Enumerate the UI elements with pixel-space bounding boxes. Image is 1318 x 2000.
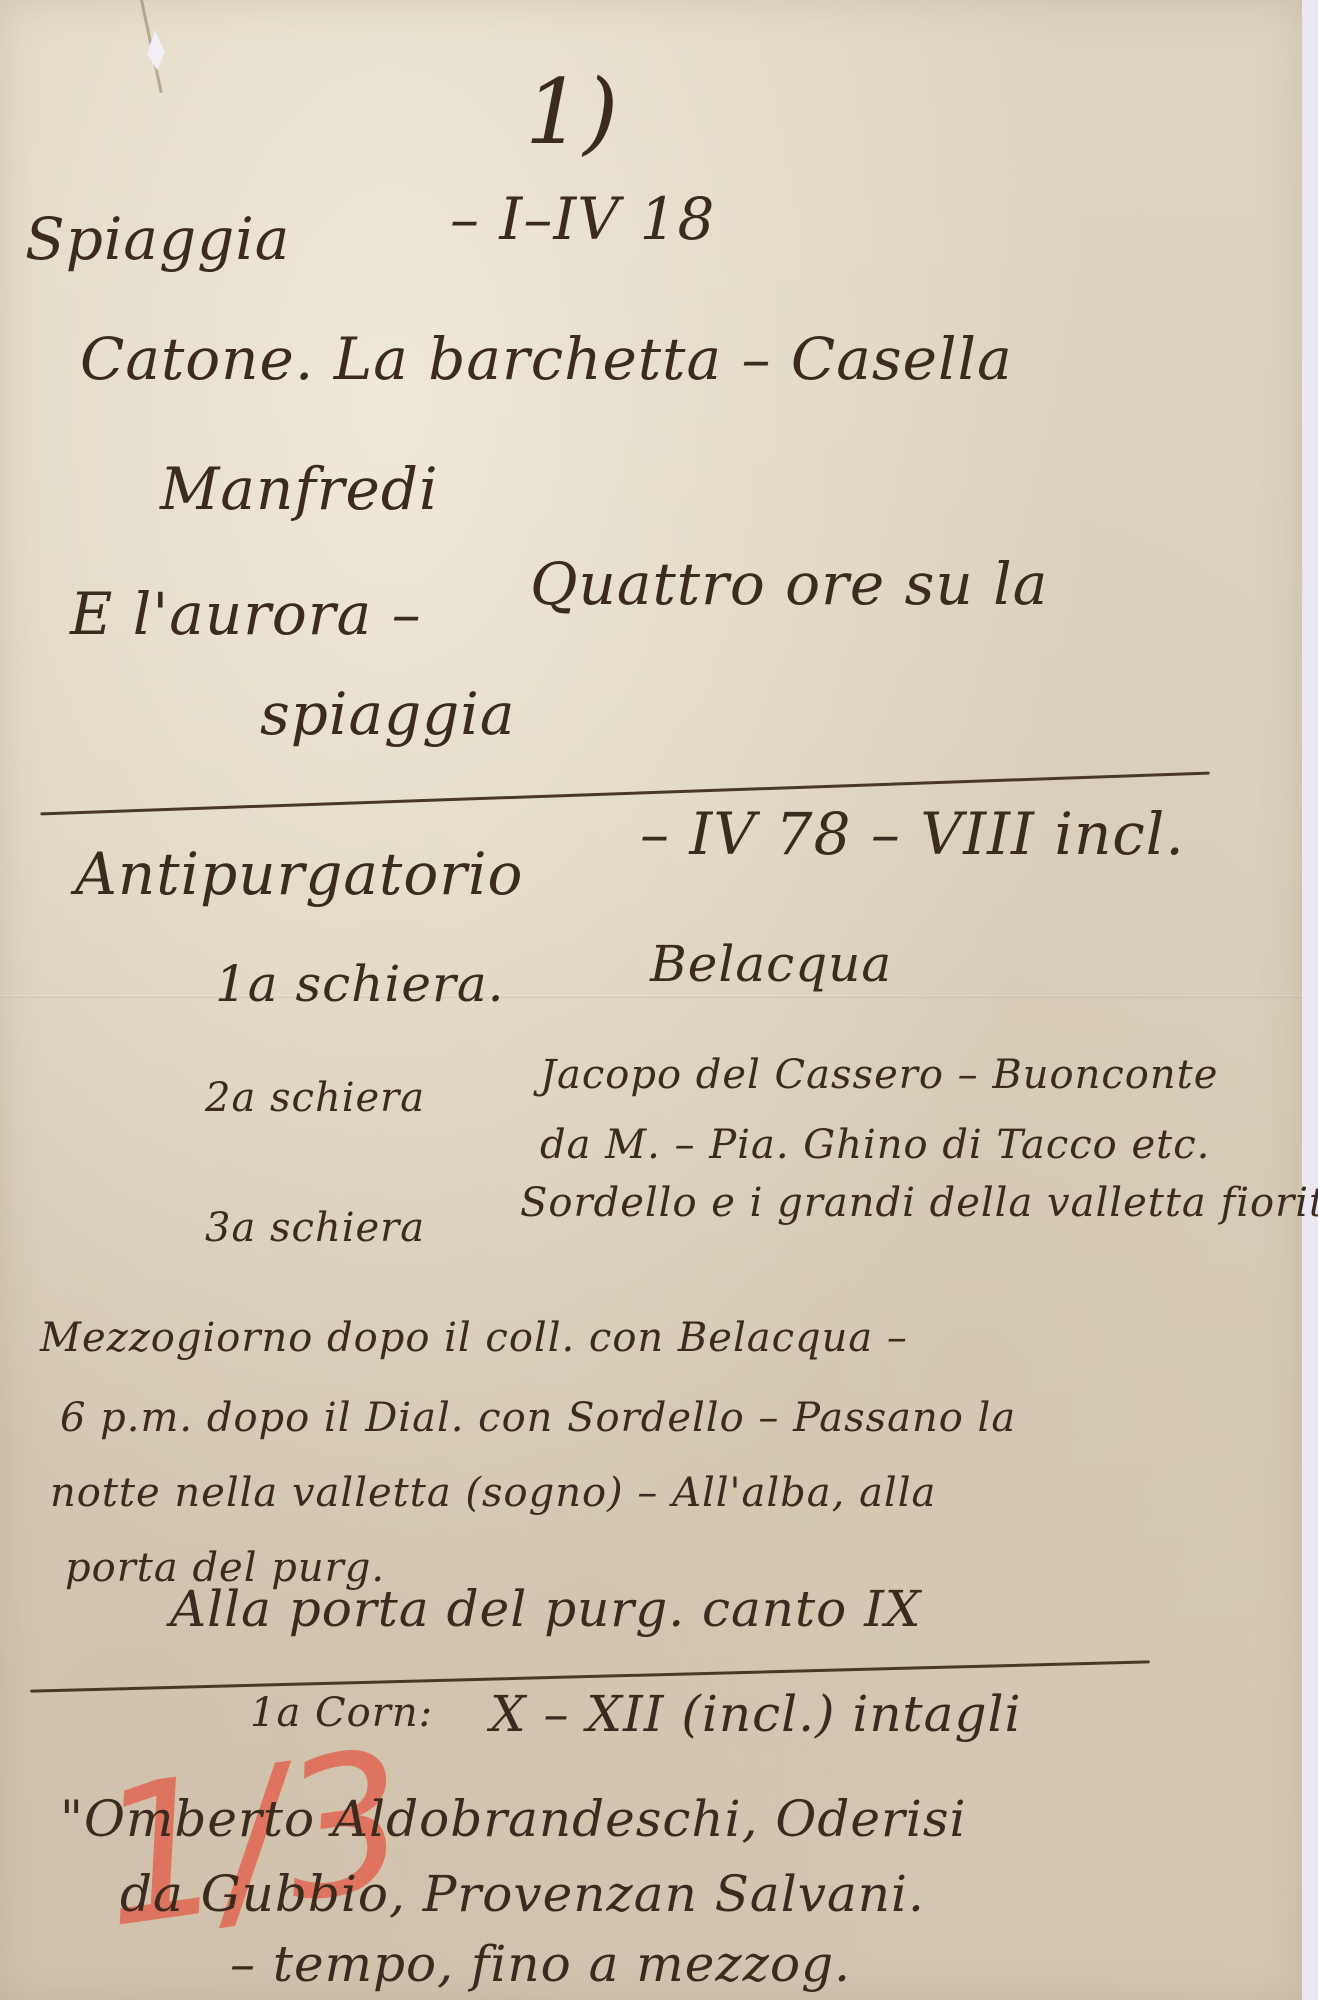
section-3-line-3: – tempo, fino a mezzog.	[230, 1935, 851, 1993]
note-line-5: Alla porta del purg. canto IX	[170, 1580, 921, 1638]
page-number: 1)	[525, 60, 619, 165]
section-1-heading: Spiaggia	[25, 205, 290, 273]
paper-fold-crease	[0, 995, 1302, 998]
section-2-range: – IV 78 – VIII incl.	[640, 800, 1185, 868]
schiera-1-label: 1a schiera.	[215, 955, 505, 1013]
section-1-range: – I–IV 18	[450, 185, 715, 253]
note-line-2: 6 p.m. dopo il Dial. con Sordello – Pass…	[60, 1395, 1016, 1441]
section-1-line-3: E l'aurora –	[70, 580, 422, 648]
note-line-1: Mezzogiorno dopo il coll. con Belacqua –	[40, 1315, 908, 1361]
schiera-3-label: 3a schiera	[205, 1205, 425, 1251]
note-line-3: notte nella valletta (sogno) – All'alba,…	[50, 1470, 936, 1516]
section-1-line-4: Quattro ore su la	[530, 550, 1048, 618]
section-1-line-1: Catone. La barchetta – Casella	[80, 325, 1013, 393]
section-1-line-2: Manfredi	[160, 455, 439, 523]
section-3-line-1: "Omberto Aldobrandeschi, Oderisi	[60, 1790, 967, 1848]
schiera-1-text: Belacqua	[650, 935, 892, 993]
section-3-range: X – XII (incl.) intagli	[490, 1685, 1021, 1743]
section-3-line-2: da Gubbio, Provenzan Salvani.	[120, 1865, 925, 1923]
section-1-line-5: spiaggia	[260, 680, 515, 748]
section-2-heading: Antipurgatorio	[75, 840, 523, 908]
schiera-3-text: Sordello e i grandi della valletta fiori…	[520, 1180, 1318, 1226]
schiera-2-label: 2a schiera	[205, 1075, 425, 1121]
manuscript-page: 1) Spiaggia – I–IV 18 Catone. La barchet…	[0, 0, 1302, 2000]
schiera-2-text: Jacopo del Cassero – Buonconte da M. – P…	[540, 1040, 1260, 1180]
